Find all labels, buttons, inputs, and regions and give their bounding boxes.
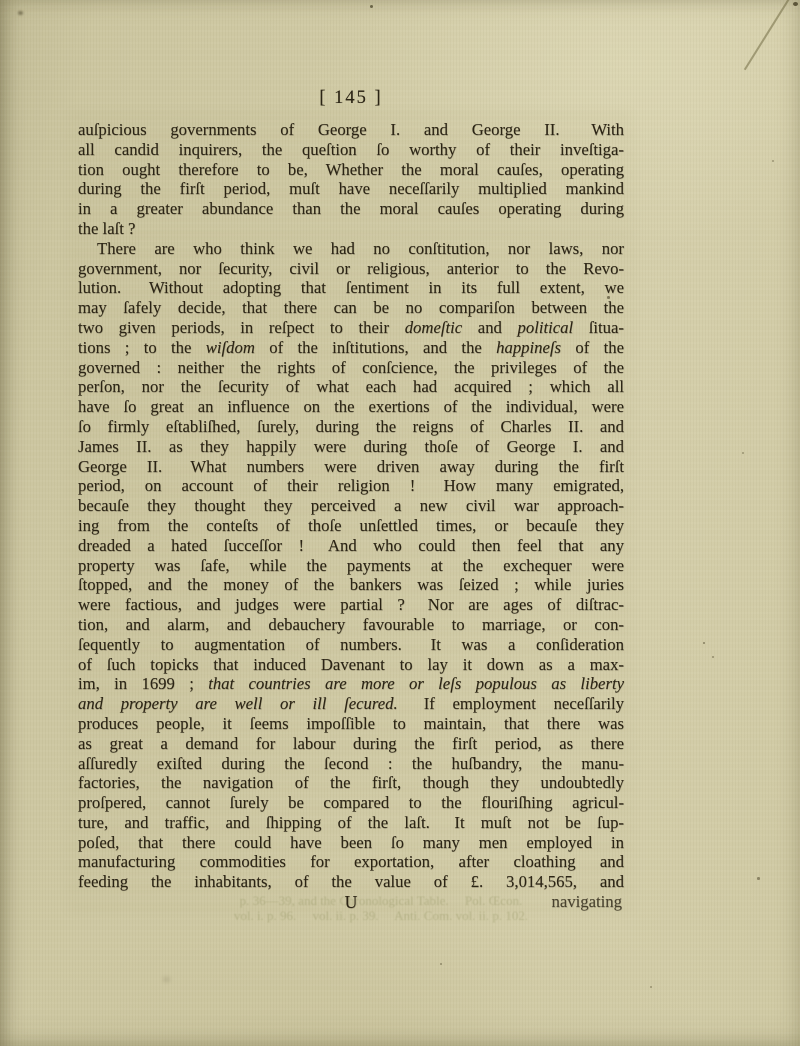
text-segment: ſequently to augmentation of numbers. It… <box>78 635 624 654</box>
italic-text-segment: wiſdom <box>206 338 255 357</box>
text-segment: two given periods, in reſpect to their <box>78 318 405 337</box>
text-line: ſtopped, and the money of the bankers wa… <box>78 575 624 595</box>
text-segment: all candid inquirers, the queſtion ſo wo… <box>78 140 624 159</box>
text-segment: were factious, and judges were partial ?… <box>78 595 624 614</box>
text-segment: im, in 1699 ; <box>78 674 208 693</box>
text-segment: James II. as they happily were during th… <box>78 437 624 456</box>
text-segment: proſpered, cannot ſurely be compared to … <box>78 793 624 812</box>
paper-speck <box>650 986 652 988</box>
text-line: the laſt ? <box>78 219 624 239</box>
text-segment: in a greater abundance than the moral ca… <box>78 199 624 218</box>
text-line: produces people, it ſeems impoſſible to … <box>78 714 624 734</box>
text-segment: lution. Without adopting that ſentiment … <box>78 278 624 297</box>
paper-speck <box>793 2 798 6</box>
catchword: navigating <box>552 892 622 912</box>
signature-mark: U <box>78 892 624 912</box>
paper-speck <box>757 877 760 880</box>
text-line: dreaded a hated ſucceſſor ! And who coul… <box>78 536 624 556</box>
paper-speck <box>163 977 170 982</box>
text-line: during the firſt period, muſt have neceſ… <box>78 179 624 199</box>
text-segment: auſpicious governments of George I. and … <box>78 120 624 139</box>
text-segment: aſſuredly exiſted during the ſecond : th… <box>78 754 624 773</box>
text-segment: as great a demand for labour during the … <box>78 734 624 753</box>
page-number: [ 145 ] <box>78 88 624 109</box>
text-line: tions ; to the wiſdom of the inſtitution… <box>78 338 624 358</box>
text-segment: ſtopped, and the money of the bankers wa… <box>78 575 624 594</box>
text-segment: and <box>462 318 517 337</box>
text-segment: government, nor ſecurity, civil or relig… <box>78 259 624 278</box>
text-line: becauſe they thought they perceived a ne… <box>78 496 624 516</box>
text-block: auſpicious governments of George I. and … <box>78 120 624 892</box>
text-line: ſequently to augmentation of numbers. It… <box>78 635 624 655</box>
text-segment: produces people, it ſeems impoſſible to … <box>78 714 624 733</box>
paper-speck <box>772 160 774 162</box>
text-segment: If employment neceſſarily <box>398 694 624 713</box>
paper-speck <box>703 642 705 644</box>
text-line: factories, the navigation of the firſt, … <box>78 773 624 793</box>
text-segment: feeding the inhabitants, of the value of… <box>78 872 624 891</box>
text-line: have ſo great an influence on the exerti… <box>78 397 624 417</box>
text-segment: becauſe they thought they perceived a ne… <box>78 496 624 515</box>
text-segment: have ſo great an influence on the exerti… <box>78 397 624 416</box>
text-segment: property was ſafe, while the payments at… <box>78 556 624 575</box>
paper-speck <box>18 11 23 15</box>
text-segment: tion, and alarm, and debauchery favourab… <box>78 615 624 634</box>
text-segment: period, on account of their religion ! H… <box>78 476 624 495</box>
text-segment: dreaded a hated ſucceſſor ! And who coul… <box>78 536 624 555</box>
text-line: George II. What numbers were driven away… <box>78 457 624 477</box>
text-segment: ture, and traffic, and ſhipping of the l… <box>78 813 624 832</box>
text-line: tion, and alarm, and debauchery favourab… <box>78 615 624 635</box>
text-segment: ſo firmly eſtabliſhed, ſurely, during th… <box>78 417 624 436</box>
text-line: and property are well or ill ſecured. If… <box>78 694 624 714</box>
text-line: lution. Without adopting that ſentiment … <box>78 278 624 298</box>
signature-line: U navigating <box>78 892 624 912</box>
italic-text-segment: happineſs <box>496 338 561 357</box>
text-line: manufacturing commodities for exportatio… <box>78 852 624 872</box>
text-line: proſpered, cannot ſurely be compared to … <box>78 793 624 813</box>
text-segment: factories, the navigation of the firſt, … <box>78 773 624 792</box>
text-line: James II. as they happily were during th… <box>78 437 624 457</box>
text-line: There are who think we had no conſtituti… <box>78 239 624 259</box>
paper-speck <box>440 963 442 965</box>
text-segment: of the <box>561 338 624 357</box>
text-segment: the laſt ? <box>78 219 135 238</box>
paper-scratch <box>744 0 790 70</box>
paper-speck <box>712 656 714 658</box>
text-segment: There are who think we had no conſtituti… <box>97 239 624 258</box>
text-segment: of the inſtitutions, and the <box>255 338 496 357</box>
italic-text-segment: that countries are more or leſs populous… <box>208 674 624 693</box>
text-line: feeding the inhabitants, of the value of… <box>78 872 624 892</box>
italic-text-segment: and property are well or ill ſecured. <box>78 694 398 713</box>
text-line: two given periods, in reſpect to their d… <box>78 318 624 338</box>
book-page: p. 36—39, and the Chronological Table. P… <box>0 0 800 1046</box>
text-line: aſſuredly exiſted during the ſecond : th… <box>78 754 624 774</box>
text-line: were factious, and judges were partial ?… <box>78 595 624 615</box>
text-line: period, on account of their religion ! H… <box>78 476 624 496</box>
text-line: governed : neither the rights of conſcie… <box>78 358 624 378</box>
text-line: perſon, nor the ſecurity of what each ha… <box>78 377 624 397</box>
italic-text-segment: domeſtic <box>405 318 462 337</box>
text-segment: during the firſt period, muſt have neceſ… <box>78 179 624 198</box>
text-line: tion ought therefore to be, Whether the … <box>78 160 624 180</box>
text-segment: poſed, that there could have been ſo man… <box>78 833 624 852</box>
text-line: im, in 1699 ; that countries are more or… <box>78 674 624 694</box>
text-segment: ſitua- <box>573 318 624 337</box>
text-segment: George II. What numbers were driven away… <box>78 457 624 476</box>
text-line: ture, and traffic, and ſhipping of the l… <box>78 813 624 833</box>
text-line: may ſafely decide, that there can be no … <box>78 298 624 318</box>
text-line: poſed, that there could have been ſo man… <box>78 833 624 853</box>
text-segment: perſon, nor the ſecurity of what each ha… <box>78 377 624 396</box>
text-segment: governed : neither the rights of conſcie… <box>78 358 624 377</box>
text-segment: of ſuch topicks that induced Davenant to… <box>78 655 624 674</box>
text-segment: tion ought therefore to be, Whether the … <box>78 160 624 179</box>
text-line: property was ſafe, while the payments at… <box>78 556 624 576</box>
text-line: of ſuch topicks that induced Davenant to… <box>78 655 624 675</box>
text-segment: manufacturing commodities for exportatio… <box>78 852 624 871</box>
text-segment: tions ; to the <box>78 338 206 357</box>
text-segment: may ſafely decide, that there can be no … <box>78 298 624 317</box>
italic-text-segment: political <box>518 318 574 337</box>
text-line: all candid inquirers, the queſtion ſo wo… <box>78 140 624 160</box>
paper-speck <box>742 452 744 454</box>
text-line: ing from the conteſts of thoſe unſettled… <box>78 516 624 536</box>
text-line: auſpicious governments of George I. and … <box>78 120 624 140</box>
text-line: ſo firmly eſtabliſhed, ſurely, during th… <box>78 417 624 437</box>
text-line: government, nor ſecurity, civil or relig… <box>78 259 624 279</box>
text-segment: ing from the conteſts of thoſe unſettled… <box>78 516 624 535</box>
text-line: in a greater abundance than the moral ca… <box>78 199 624 219</box>
paper-speck <box>370 5 373 8</box>
text-line: as great a demand for labour during the … <box>78 734 624 754</box>
